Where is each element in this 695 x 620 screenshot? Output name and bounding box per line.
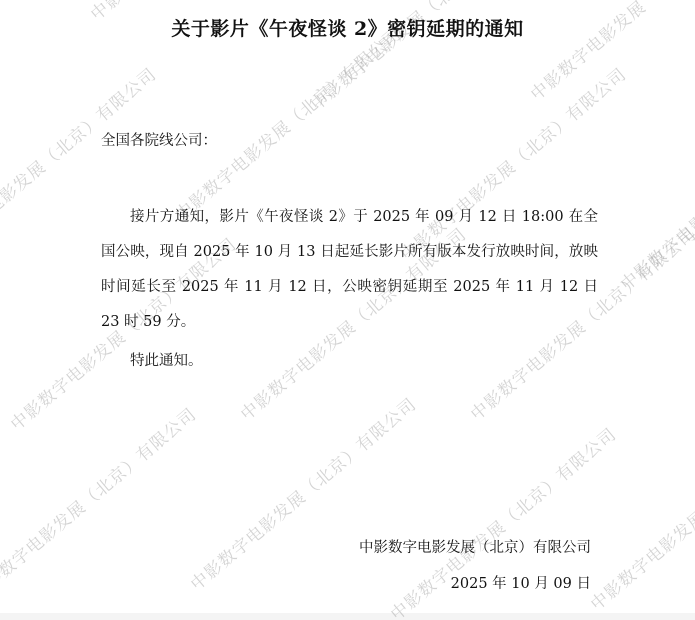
- notice-body: 接片方通知，影片《午夜怪谈 2》于 2025 年 09 月 12 日 18:00…: [101, 200, 598, 340]
- notice-content: 关于影片《午夜怪谈 2》密钥延期的通知 全国各院线公司： 接片方通知，影片《午夜…: [0, 0, 695, 613]
- closing-remark: 特此通知。: [130, 349, 203, 370]
- page-bottom-edge: [0, 613, 695, 620]
- notice-title: 关于影片《午夜怪谈 2》密钥延期的通知: [0, 14, 695, 41]
- issue-date: 2025 年 10 月 09 日: [451, 572, 591, 593]
- issuer-signature: 中影数字电影发展（北京）有限公司: [359, 536, 591, 557]
- greeting: 全国各院线公司：: [101, 129, 217, 150]
